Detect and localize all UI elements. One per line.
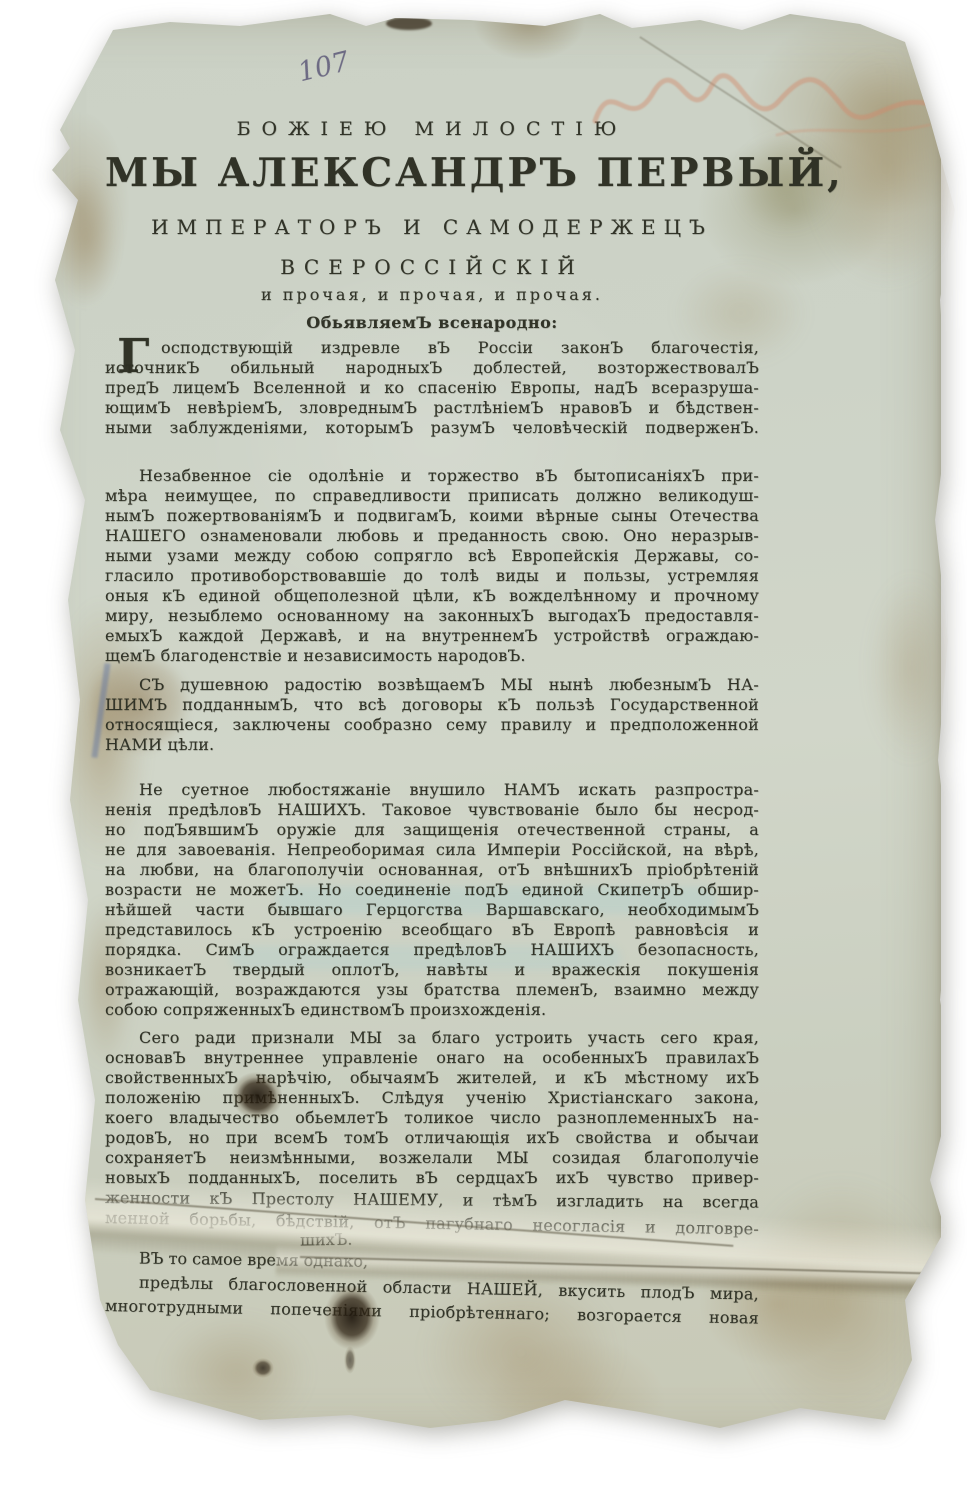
text-line: емыхЪ каждой Державѣ, и на внутреннемЪ у… <box>105 626 759 646</box>
etcetera-line: и прочая, и прочая, и прочая. <box>105 285 759 304</box>
text-line: свойственныхЪ нарѣчію, обычаямЪ жителей,… <box>105 1068 759 1088</box>
text-line: основавЪ внутреннее управленіе онаго на … <box>105 1048 759 1068</box>
subtitle-all-russia: ВСЕРОССІЙСКІЙ <box>105 255 759 279</box>
text-line: не для завоеванія. Непреоборимая сила Им… <box>105 840 759 860</box>
text-line: гласило противоборствовавшіе до толѣ вид… <box>105 566 759 586</box>
paragraph: Не суетное любостяжаніе внушило НАМЪ иск… <box>105 780 759 1020</box>
text-line: мѣра неимущее, по справедливости приписа… <box>105 486 759 506</box>
text-line: отражающій, возраждаются узы братства пл… <box>105 980 759 1000</box>
text-line: нѣйшей части бывшаго Герцогства Варшавск… <box>105 900 759 920</box>
photographed-document: БОЖІЕЮ МИЛОСТІЮ МЫ АЛЕКСАНДРЪ ПЕРВЫЙ, ИМ… <box>0 0 967 1500</box>
text-line: ющимЪ невѣріемЪ, зловреднымЪ растлѣніемЪ… <box>105 398 759 418</box>
text-line: возникаетЪ твердый оплотЪ, навѣты и враж… <box>105 960 759 980</box>
text-line: родовЪ, но при всемЪ томЪ отличающія ихЪ… <box>105 1128 759 1148</box>
proclamation-line: ОбьявляемЪ всенародно: <box>105 313 759 332</box>
text-line: положенію примѣненныхЪ. Слѣдуя ученію Хр… <box>105 1088 759 1108</box>
text-line: предЪ лицемЪ Вселенной и ко спасенію Евр… <box>105 378 759 398</box>
text-line: Не суетное любостяжаніе внушило НАМЪ иск… <box>105 780 759 800</box>
text-line: порядка. СимЪ ограждается предѣловЪ НАШИ… <box>105 940 759 960</box>
text-line: нымЪ пожертвованіямЪ и подвигамЪ, коими … <box>105 506 759 526</box>
text-line: на любви, на благополучіи основанная, от… <box>105 860 759 880</box>
aged-paper-sheet: БОЖІЕЮ МИЛОСТІЮ МЫ АЛЕКСАНДРЪ ПЕРВЫЙ, ИМ… <box>26 8 941 1448</box>
handwritten-page-number: 107 <box>295 46 353 89</box>
text-line: источникЪ обильный народныхЪ доблестей, … <box>105 358 759 378</box>
text-line: ными заблужденіями, которымЪ разумЪ чело… <box>105 418 759 438</box>
text-line: ШИМЪ подданнымЪ, что всѣ договоры кЪ пол… <box>105 695 759 715</box>
text-line: относящіеся, заключены сообразно сему пр… <box>105 715 759 735</box>
text-line: Незабвенное сіе одолѣніе и торжество вЪ … <box>105 466 759 486</box>
text-line: НАШЕГО ознаменовали любовь и преданность… <box>105 526 759 546</box>
paragraph: осподствующій издревле вЪ Россіи законЪ … <box>105 338 759 438</box>
ink-blot-drip <box>344 1346 356 1374</box>
text-line: НАМИ цѣли. <box>105 735 759 755</box>
red-chalk-scribble <box>581 43 961 153</box>
text-line: ными узами между собою сопрягло всѣ Евро… <box>105 546 759 566</box>
top-edge-ink-spot <box>386 17 432 30</box>
text-line: представилось кЪ устроенію всеобщаго вЪ … <box>105 920 759 940</box>
right-edge-stain <box>856 548 966 788</box>
text-line: ненія предѣловЪ НАШИХЪ. Таковое чувствов… <box>105 800 759 820</box>
page-title: МЫ АЛЕКСАНДРЪ ПЕРВЫЙ, <box>105 150 759 196</box>
text-line: оныя кЪ единой общеполезной цѣли, кЪ вож… <box>105 586 759 606</box>
text-line: собою сопряженныхЪ единствомЪ произхожде… <box>105 1000 759 1020</box>
subtitle-emperor: ИМПЕРАТОРЪ И САМОДЕРЖЕЦЪ <box>105 215 759 239</box>
text-line: щемЪ благоденствіе и независимость народ… <box>105 646 759 666</box>
ink-blot <box>324 1284 380 1350</box>
text-line: миру, незыблемо основанному на законныхЪ… <box>105 606 759 626</box>
ink-spot <box>252 1358 274 1378</box>
text-line: сохраняетЪ неизмѣнными, возжелали МЫ соз… <box>105 1148 759 1168</box>
text-line: осподствующій издревле вЪ Россіи законЪ … <box>105 338 759 358</box>
text-line: Сего ради признали МЫ за благо устроить … <box>105 1028 759 1048</box>
text-line: возрасти не можетЪ. Но соединеніе подЪ е… <box>105 880 759 900</box>
text-line: коего владычество обьемлетЪ толикое числ… <box>105 1108 759 1128</box>
paragraph: СЪ душевною радостію возвѣщаемЪ МЫ нынѣ … <box>105 675 759 755</box>
text-line: но подЪявшимЪ оружіе для защищенія отече… <box>105 820 759 840</box>
text-line: СЪ душевною радостію возвѣщаемЪ МЫ нынѣ … <box>105 675 759 695</box>
paragraph: Незабвенное сіе одолѣніе и торжество вЪ … <box>105 466 759 666</box>
